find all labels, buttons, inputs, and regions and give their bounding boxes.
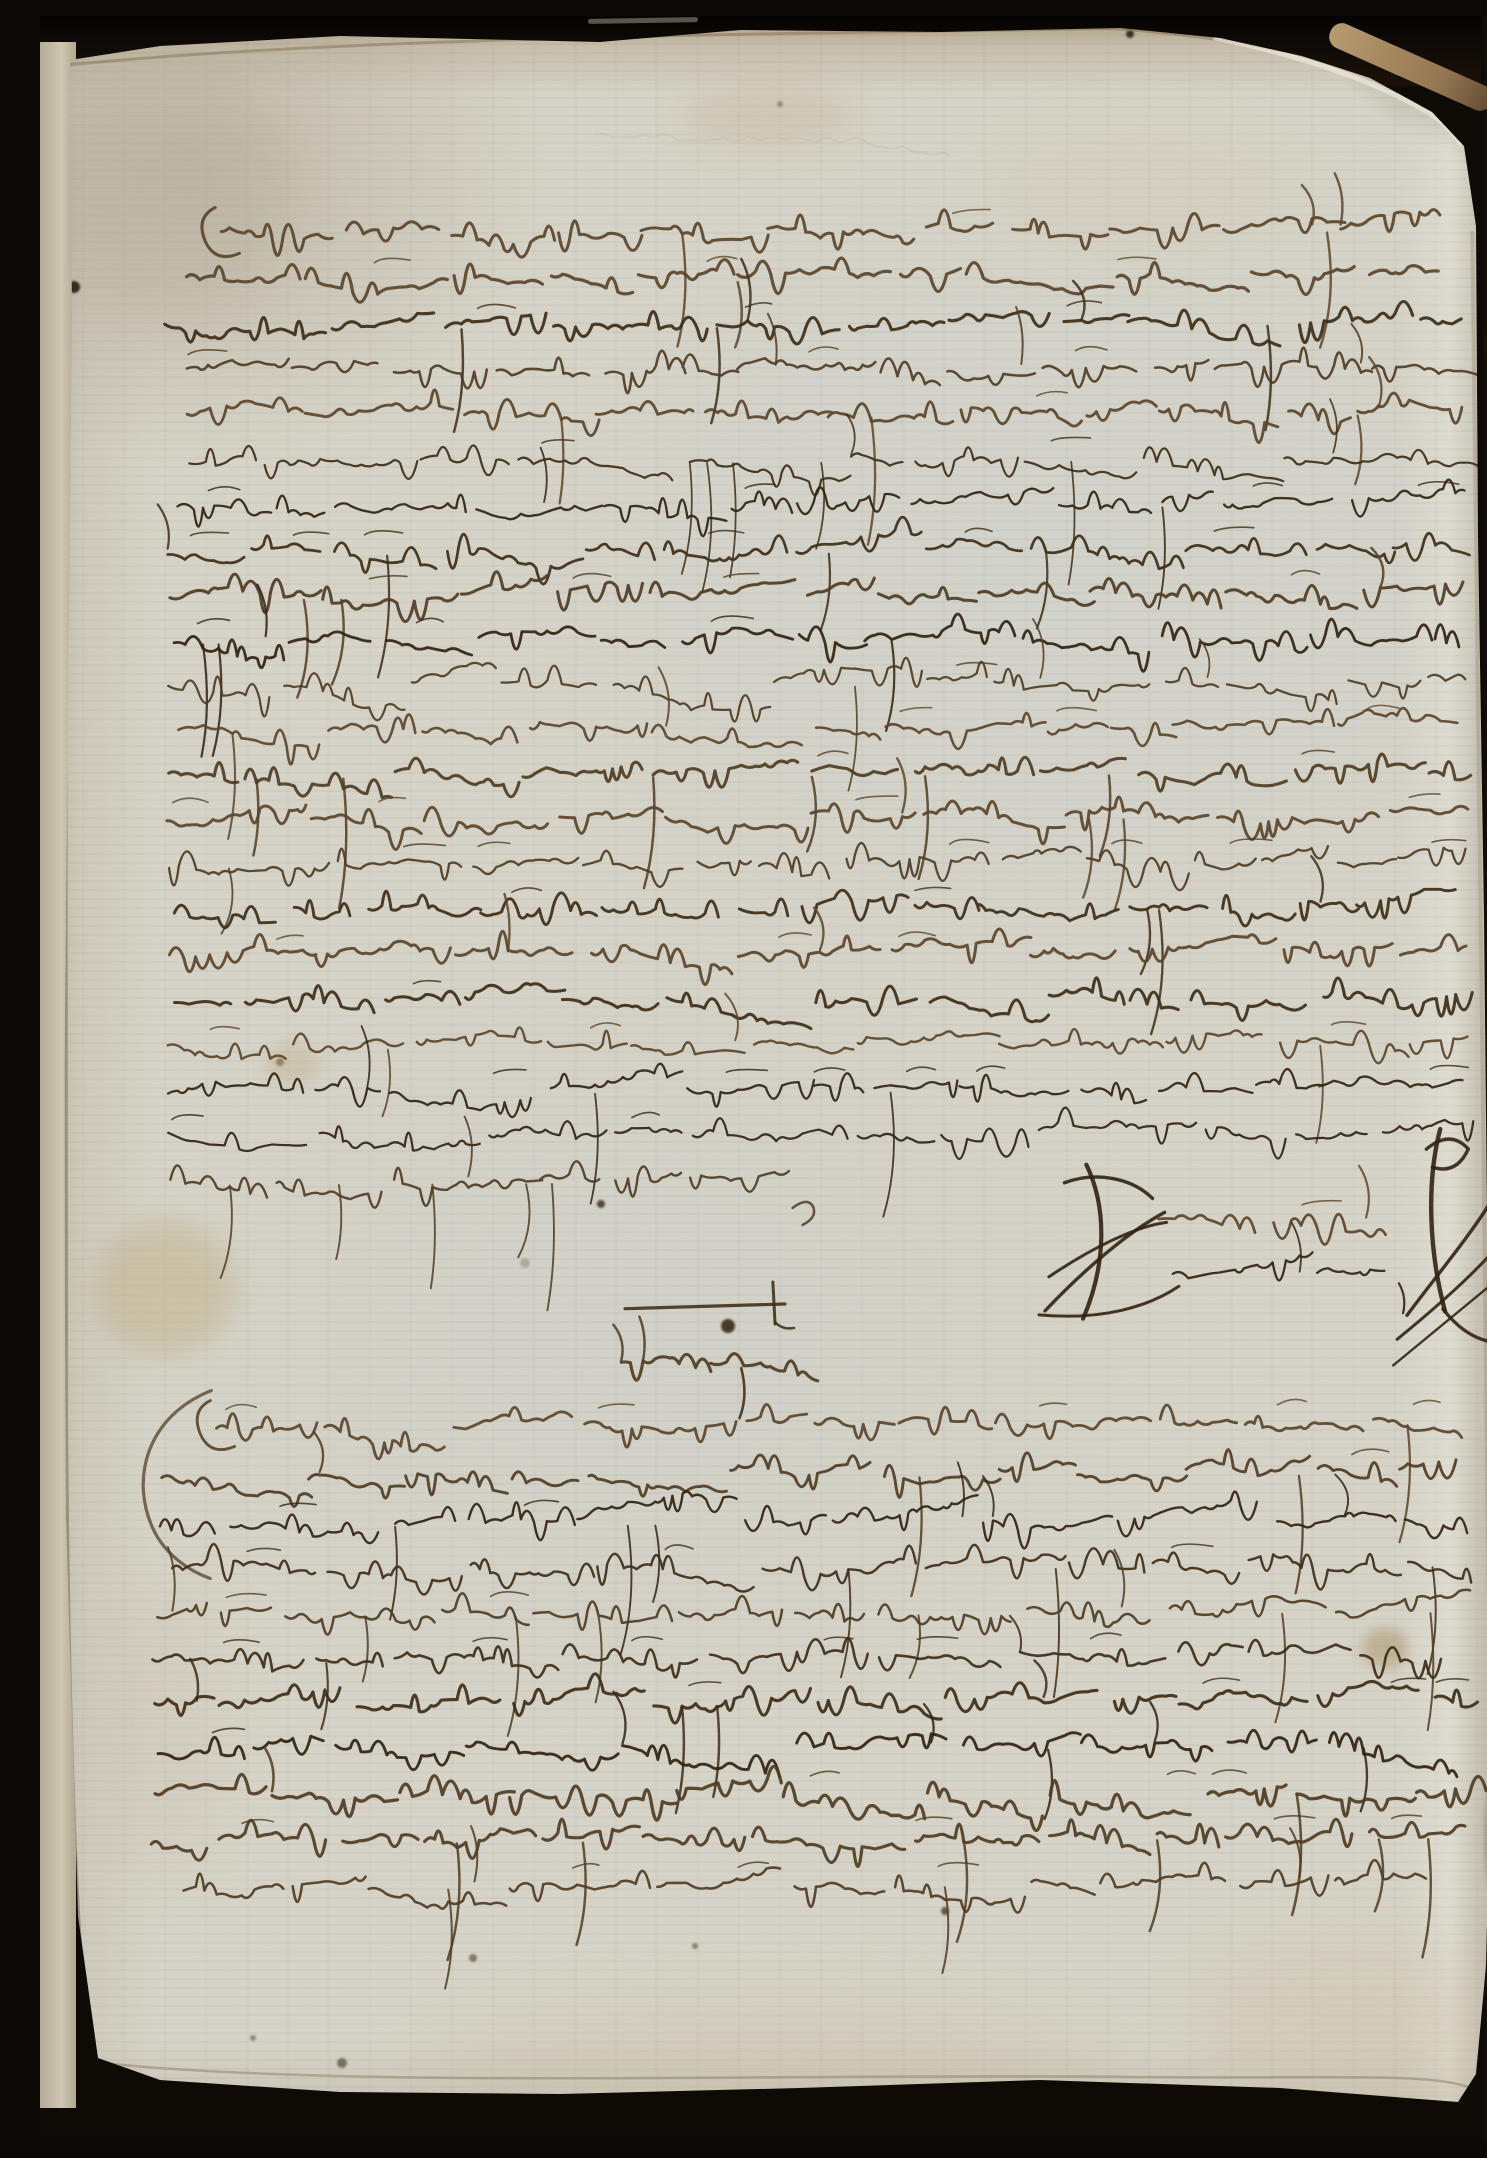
ink-stroke (1141, 910, 1151, 974)
ink-stroke (170, 568, 1463, 623)
ink-stroke (1172, 1544, 1213, 1547)
ink-stroke (172, 1539, 1471, 1596)
ink-stroke (1422, 1839, 1431, 1957)
ink-stroke (210, 1027, 239, 1030)
ink-stroke (883, 1093, 895, 1217)
ink-stroke (900, 708, 932, 712)
paragraph-1-handwriting (156, 173, 1485, 1312)
ink-stroke (591, 1023, 621, 1028)
ink-stroke (1159, 1214, 1386, 1245)
ink-stroke (739, 1368, 744, 1418)
ink-stroke (197, 619, 229, 624)
ink-stroke (773, 1282, 775, 1324)
ink-stroke (1068, 462, 1075, 585)
ink-marks (793, 1202, 815, 1225)
ink-stroke (471, 1826, 477, 1881)
ink-stroke (294, 532, 329, 535)
ink-stroke (197, 1395, 1462, 1460)
ink-stroke (573, 573, 611, 577)
ink-stroke (957, 663, 997, 666)
ink-stroke (911, 1477, 922, 1596)
ink-stroke (1073, 281, 1084, 319)
ink-stroke (1064, 1177, 1152, 1199)
ink-stroke (188, 350, 227, 355)
ink-stroke (189, 441, 1482, 498)
ink-stroke (478, 304, 516, 308)
ink-stroke (899, 932, 935, 937)
show-through-ink (596, 132, 949, 156)
ink-stroke (613, 1325, 622, 1361)
ink-stroke (632, 1112, 659, 1117)
ink-stroke (365, 531, 403, 535)
handwriting-layer (40, 16, 1487, 2142)
ink-stroke (152, 1636, 1441, 1684)
ink-stroke (1053, 1569, 1059, 1697)
ink-stroke (1359, 1166, 1369, 1218)
ink-stroke (738, 1862, 768, 1867)
ink-stroke (653, 1526, 660, 1602)
ink-stroke (867, 418, 875, 545)
ink-stroke (1291, 1222, 1301, 1272)
ink-stroke (1051, 437, 1090, 440)
ink-stroke (1214, 527, 1254, 531)
ink-stroke (168, 655, 1465, 724)
ink-stroke (793, 1202, 815, 1225)
signature-block (1038, 1129, 1487, 1367)
ink-stroke (1230, 839, 1272, 843)
ink-stroke (1112, 840, 1142, 844)
ink-stroke (362, 1026, 370, 1087)
ink-stroke (169, 840, 1466, 894)
ink-stroke (625, 1304, 785, 1309)
ink-stroke (512, 888, 542, 892)
ink-stroke (1034, 1660, 1046, 1697)
ink-stroke (938, 1863, 978, 1867)
ink-stroke (1253, 483, 1282, 486)
ink-stroke (1392, 1815, 1422, 1818)
ink-stroke (596, 132, 949, 156)
ink-stroke (187, 347, 1480, 395)
ink-stroke (841, 1570, 851, 1678)
ink-stroke (168, 515, 1470, 586)
ink-stroke (1082, 1165, 1101, 1319)
ink-stroke (183, 1860, 1426, 1916)
ink-stroke (1409, 794, 1440, 798)
ink-stroke (169, 754, 1471, 799)
ink-stroke (162, 1449, 1457, 1507)
ink-stroke (689, 1682, 721, 1686)
ink-stroke (711, 616, 753, 621)
ink-stroke (155, 1763, 1486, 1834)
ink-stroke (1291, 570, 1319, 574)
ink-stroke (226, 1594, 266, 1598)
ink-stroke (958, 1462, 964, 1516)
ink-stroke (151, 1815, 1465, 1870)
ink-stroke (1414, 1400, 1440, 1404)
ink-stroke (953, 209, 990, 213)
ink-stroke (590, 1094, 598, 1204)
ink-stroke (1443, 1309, 1487, 1341)
ink-stroke (413, 981, 440, 984)
ink-stroke (621, 1353, 818, 1381)
center-heading-handwriting (613, 1282, 818, 1419)
ink-stroke (724, 574, 759, 578)
ink-stroke (1351, 324, 1362, 363)
ink-stroke (856, 796, 898, 800)
ink-stroke (174, 612, 1459, 676)
ink-stroke (1392, 1678, 1426, 1682)
ink-stroke (1212, 1770, 1246, 1774)
ink-stroke (1332, 1022, 1366, 1025)
ink-stroke (202, 202, 1440, 258)
ink-stroke (1399, 1425, 1410, 1542)
ink-stroke (915, 887, 951, 890)
ink-stroke (167, 795, 1468, 850)
ink-stroke (339, 779, 347, 908)
ink-stroke (158, 504, 169, 548)
ink-stroke (102, 2057, 1468, 2093)
ink-stroke (1369, 357, 1381, 407)
ink-stroke (897, 758, 906, 812)
ink-stroke (1316, 1046, 1323, 1143)
ink-stroke (1150, 1702, 1158, 1741)
ink-stroke (735, 282, 742, 347)
paragraph-2-handwriting (143, 1385, 1487, 1990)
ink-stroke (965, 528, 992, 532)
ink-stroke (277, 935, 303, 939)
ink-stroke (665, 1545, 693, 1550)
ink-stroke (1203, 1678, 1239, 1683)
ink-stroke (190, 1659, 198, 1701)
ink-stroke (924, 1704, 934, 1742)
manuscript-scan: Scanned page of a bound early-modern Spa… (40, 16, 1487, 2142)
ink-stroke (473, 1638, 507, 1642)
ink-stroke (1039, 1286, 1179, 1316)
ink-stroke (909, 1615, 920, 1678)
ink-stroke (632, 1637, 662, 1641)
ink-stroke (1277, 1399, 1306, 1404)
ink-stroke (1173, 1252, 1385, 1281)
ink-stroke (1049, 1222, 1167, 1277)
ink-stroke (1040, 1403, 1067, 1406)
ink-stroke (957, 1841, 968, 1942)
ink-stroke (157, 1589, 1470, 1638)
ink-stroke (709, 530, 744, 533)
ink-stroke (168, 1106, 1473, 1164)
ink-stroke (1118, 257, 1156, 259)
ink-stroke (814, 1068, 845, 1072)
ink-stroke (247, 1548, 280, 1551)
ink-stroke (1168, 1771, 1196, 1775)
ink-stroke (170, 1160, 789, 1208)
ink-stroke (847, 414, 855, 454)
ink-stroke (599, 1404, 634, 1408)
ink-stroke (1033, 619, 1044, 678)
ink-stroke (168, 1060, 1463, 1118)
ink-stroke (518, 1184, 530, 1257)
ink-stroke (1274, 1816, 1314, 1819)
ink-stroke (507, 1617, 519, 1736)
ink-stroke (541, 448, 547, 502)
ink-stroke (1335, 173, 1343, 224)
ink-stroke (1371, 548, 1383, 588)
ink-stroke (1037, 392, 1068, 396)
ink-stroke (209, 487, 240, 491)
ink-stroke (547, 1184, 554, 1310)
ink-stroke (160, 1488, 1467, 1552)
ink-stroke (810, 1771, 839, 1776)
ink-stroke (465, 1117, 472, 1177)
ink-stroke (1016, 307, 1023, 364)
ink-stroke (639, 1317, 644, 1361)
ink-stroke (1295, 1476, 1303, 1594)
ink-stroke (1430, 1065, 1468, 1069)
ink-stroke (775, 1322, 794, 1328)
ink-stroke (917, 1637, 957, 1640)
ink-stroke (280, 1503, 316, 1506)
ink-stroke (1100, 776, 1111, 856)
ink-stroke (228, 735, 236, 838)
ink-stroke (745, 484, 775, 488)
ink-stroke (1436, 1679, 1468, 1682)
ink-stroke (363, 1618, 368, 1682)
ink-stroke (886, 642, 895, 731)
ink-stroke (1311, 856, 1323, 902)
ink-stroke (524, 1500, 558, 1505)
ink-stroke (190, 532, 228, 535)
ink-stroke (809, 347, 838, 352)
ink-stroke (950, 839, 989, 844)
ink-stroke (173, 798, 208, 803)
ink-stroke (266, 1749, 274, 1791)
ink-stroke (491, 1592, 529, 1597)
ink-stroke (382, 1050, 390, 1117)
ink-stroke (143, 1390, 212, 1578)
ink-stroke (816, 463, 825, 549)
ink-stroke (1432, 840, 1466, 843)
ink-stroke (175, 976, 1473, 1031)
ink-stroke (977, 1066, 1005, 1071)
ink-stroke (1302, 1201, 1341, 1205)
ink-stroke (818, 751, 848, 756)
ink-stroke (430, 1185, 435, 1289)
ink-stroke (212, 644, 221, 756)
ink-stroke (576, 1843, 586, 1945)
ink-stroke (478, 842, 510, 846)
ink-stroke (1352, 1449, 1389, 1454)
ink-stroke (1367, 705, 1399, 709)
ink-stroke (297, 600, 308, 697)
ink-stroke (169, 927, 1466, 987)
ink-stroke (314, 1432, 323, 1472)
ink-stroke (224, 1640, 260, 1643)
ink-stroke (613, 1692, 625, 1744)
ink-stroke (1091, 1633, 1121, 1639)
ink-stroke (907, 1067, 936, 1071)
ink-stroke (220, 1185, 232, 1278)
ink-stroke (494, 1069, 526, 1073)
ink-stroke (332, 600, 344, 684)
manuscript-page: Scanned page of a bound early-modern Spa… (40, 16, 1487, 2142)
ink-stroke (1151, 910, 1163, 1034)
ink-stroke (213, 1728, 245, 1732)
ink-stroke (779, 933, 811, 937)
ink-stroke (172, 1115, 203, 1120)
ink-stroke (374, 258, 410, 263)
ink-stroke (726, 1069, 767, 1072)
ink-stroke (226, 1405, 256, 1410)
ink-stroke (1335, 1475, 1348, 1515)
ink-stroke (378, 556, 390, 678)
ink-stroke (1302, 750, 1334, 753)
ink-stroke (1355, 415, 1362, 484)
ink-stroke (1399, 1283, 1404, 1313)
ink-stroke (1330, 399, 1337, 453)
ink-stroke (620, 1526, 632, 1655)
ink-stroke (1057, 708, 1096, 711)
ink-stroke (158, 1729, 1457, 1782)
ink-stroke (916, 1817, 952, 1820)
ink-stroke (404, 844, 446, 847)
ink-stroke (155, 1670, 1478, 1725)
ink-stroke (542, 440, 574, 443)
ink-stroke (1076, 347, 1107, 351)
